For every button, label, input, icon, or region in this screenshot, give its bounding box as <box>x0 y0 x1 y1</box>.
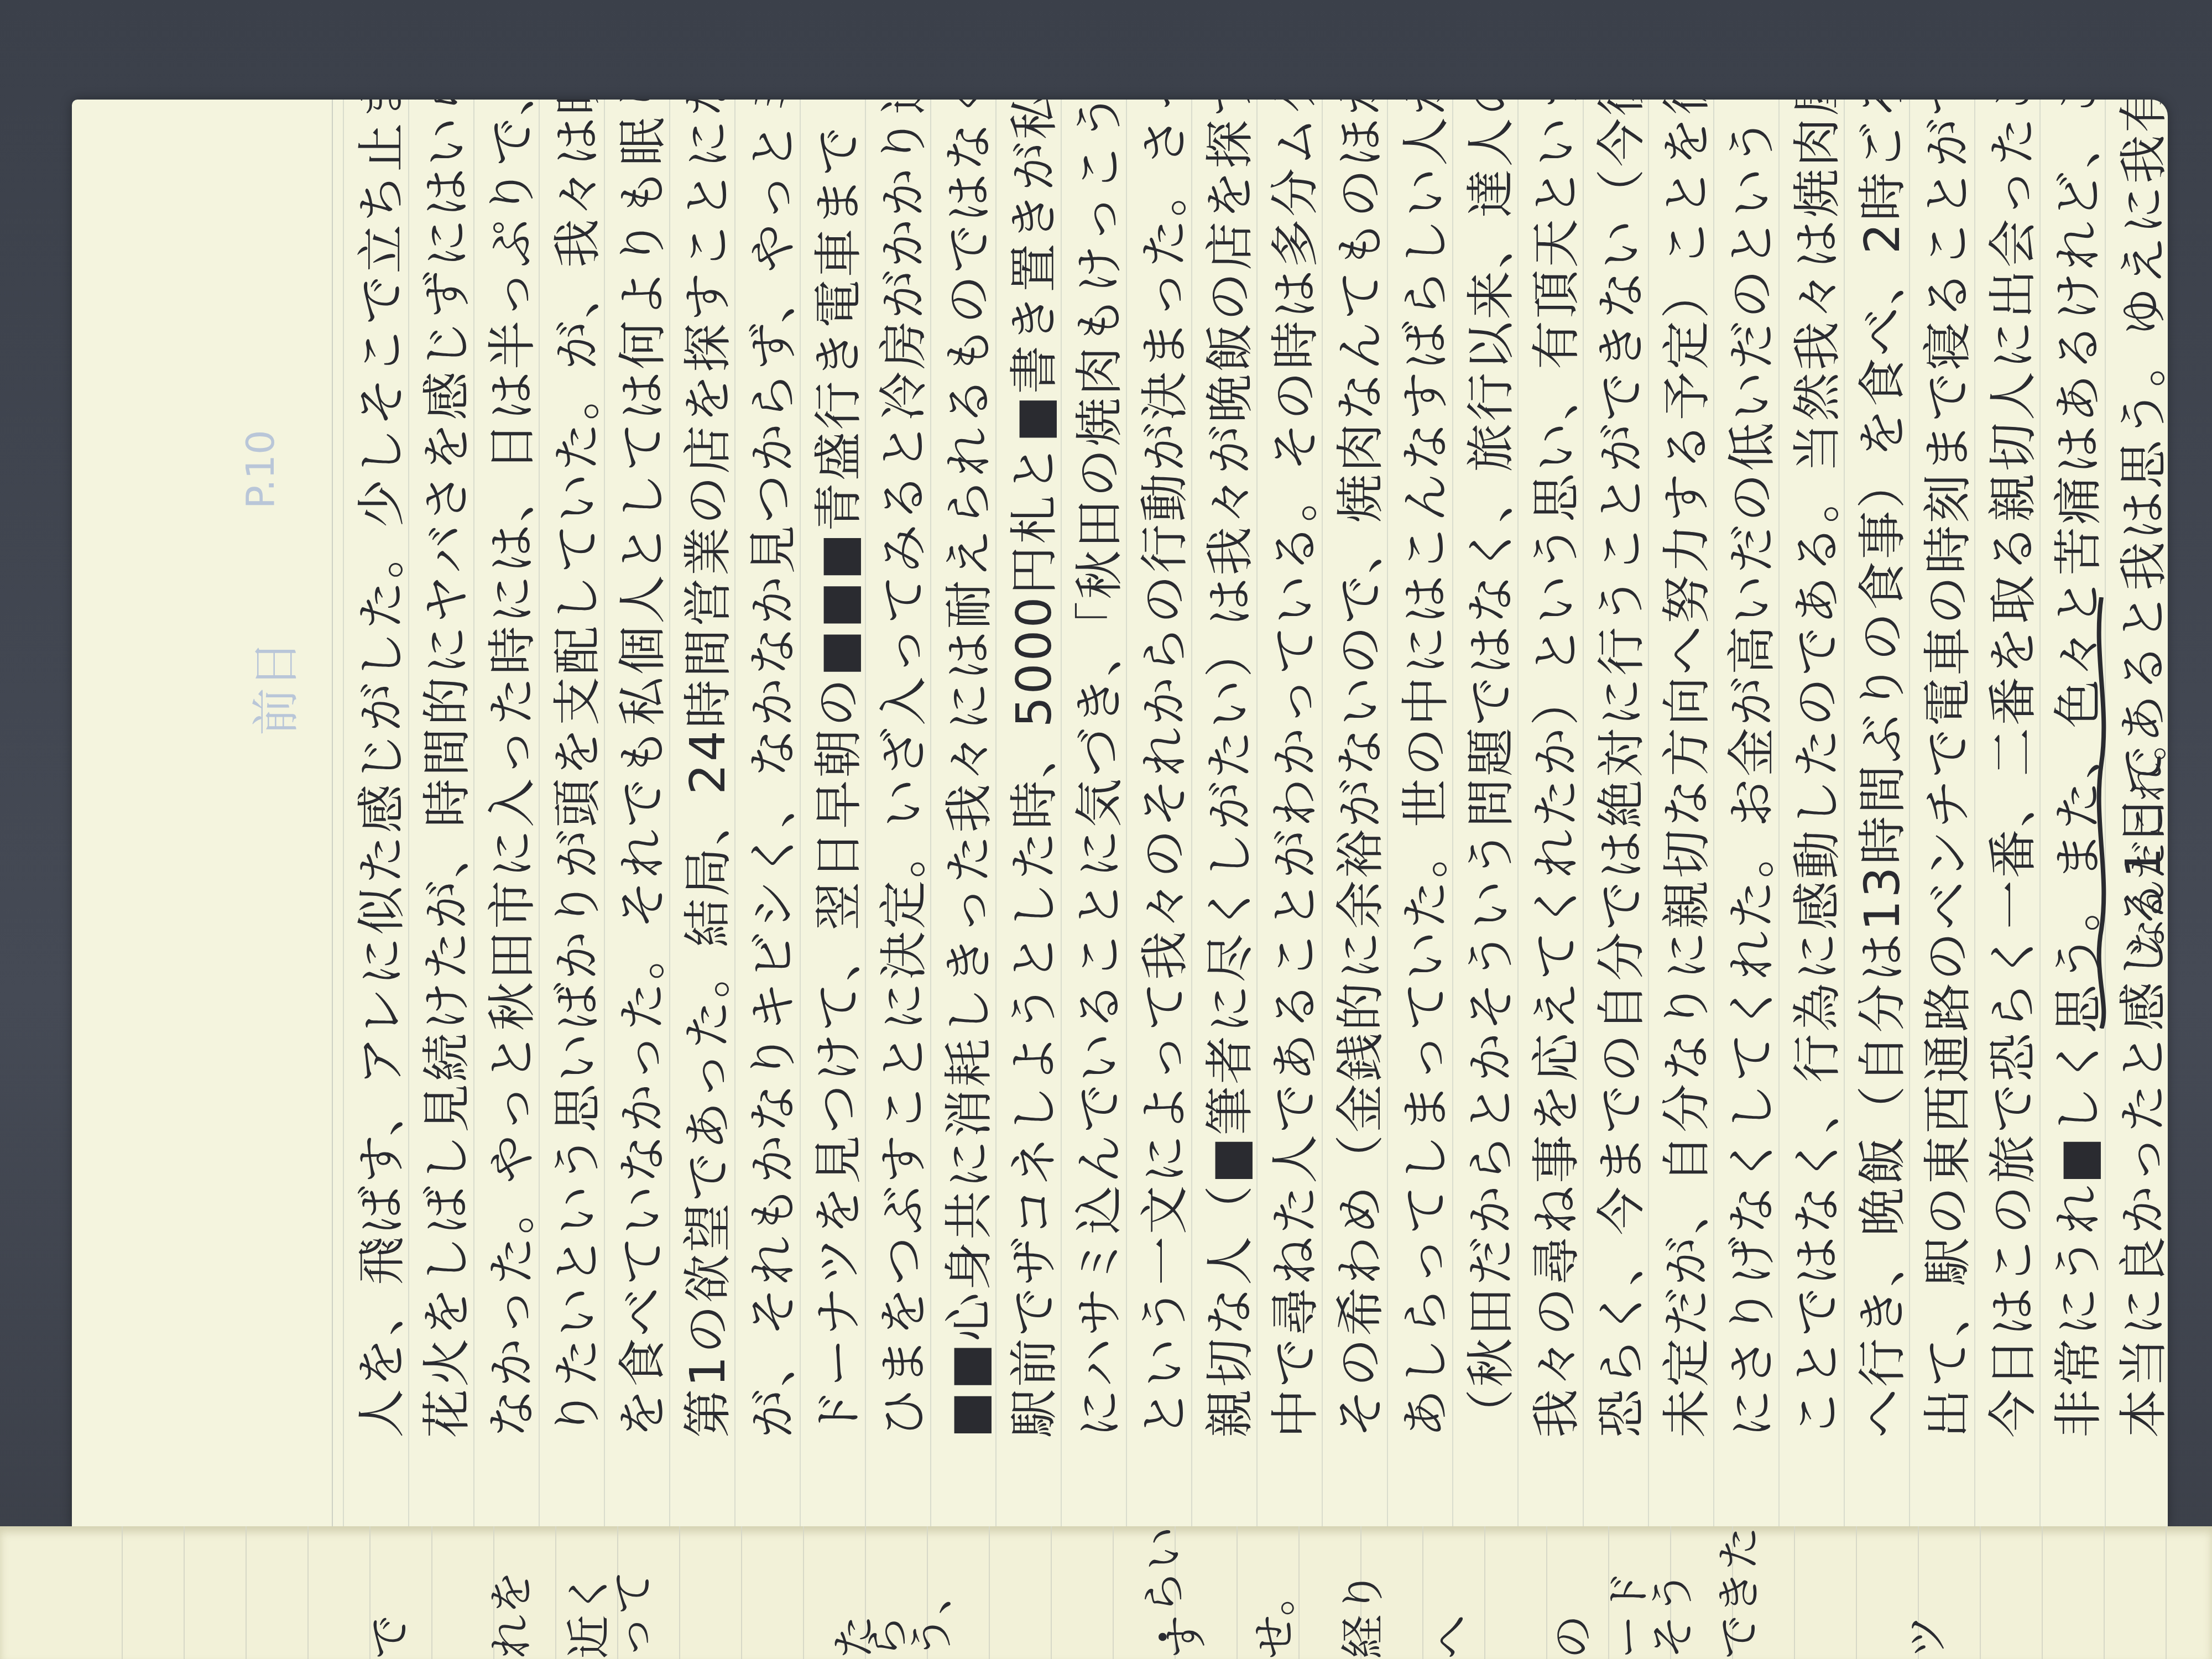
ruling-line <box>989 1526 990 1659</box>
facing-page-fragment: できた <box>1703 1526 1767 1659</box>
wavy-underline-mark <box>2090 597 2112 1029</box>
bleed-through-header: 前日 <box>238 640 306 735</box>
text-line: 今日はこの旅で恐らく一番、二番を取る親切人に出会ったことが <box>1985 100 2041 1438</box>
text-line: にさりげなくしてくれた。お金が高いだの低いだのという <box>1724 115 1780 1438</box>
text-line: 中で尋ねた人であることがわかっている。その時は多分ムゲに <box>1267 100 1323 1438</box>
text-line: ことではなく、行為に感動したのである。当然我々は焼肉屋 <box>1790 100 1845 1438</box>
text-line: へ行き、晩飯（自分は13時間ぶりの食事）を食べ、2時ごろに店を <box>1855 100 1910 1438</box>
text-line: あしらってしまっていた。世の中にはこんなすばらしい人がいる、 <box>1398 100 1453 1438</box>
text-line: にハサミ込んでいることに気づき、「秋田の焼肉もけっこううまいぜ」 <box>1072 100 1127 1438</box>
ruling-line <box>184 1526 185 1659</box>
facing-page-fragment: へ <box>1416 1615 1479 1659</box>
margin-rule <box>332 100 333 1526</box>
margin-note: これはごろだから <box>2157 824 2168 1134</box>
ruling-line <box>1237 1526 1238 1659</box>
text-line: 第1の欲望であった。結局、24時間営業の店を探すことになった <box>680 100 735 1438</box>
facing-page-fragment: って <box>597 1571 661 1659</box>
ruling-line <box>1980 1526 1981 1659</box>
ruling-line <box>2104 1526 2105 1659</box>
bleed-through-page-number: P.10 <box>238 430 283 509</box>
text-line: が、それもかなりキビシく、なかなか見つからず、やっとミスター <box>745 100 801 1438</box>
facing-page-fragment: す <box>1150 1615 1214 1659</box>
text-line: その希わめ（金銭的に余裕がないので、焼肉なんてものほか）を <box>1333 100 1388 1438</box>
ruling-line <box>307 1526 309 1659</box>
text-line: 駅前でザコネしようとした時、5000円札と■書き置きが私の自転車 <box>1006 100 1062 1438</box>
ruling-line <box>803 1526 804 1659</box>
text-line: 花火をしばし見続けたが、時間的にヤバさを感じずにはいられ <box>419 100 474 1438</box>
facing-page-strip: でれを近くってたらう、・らいすせ。経りへのードそうできたツ <box>0 1526 2212 1659</box>
facing-page-fragment: ツ <box>1891 1615 1955 1659</box>
text-line: （秋田だからとかそういう問題ではなく、旅行以来、達人の親切に <box>1463 100 1519 1438</box>
ruling-line <box>679 1526 680 1659</box>
notebook-page: 前日 P.10 人を、飛ばす、アレに似た感じがした。少しそこで立ち止まり 花火を… <box>72 100 2168 1526</box>
text-line: ひまをつぶすことに決定。いざ入ってみると冷房がかかり過ぎ <box>876 100 931 1438</box>
text-line: 我々の尋ね事を応えてくれたか）という思い、有頂天というか <box>1528 100 1584 1438</box>
text-line: 出て、駅の東西通路のベンチで電車の時刻まで寝ることができた。 <box>1920 100 1975 1438</box>
ruling-line <box>431 1526 432 1659</box>
ruling-line <box>122 1526 123 1659</box>
text-line: りたいという思いばかりが頭を支配していた。が、我々は晩飯 <box>550 100 605 1438</box>
text-line: ■■心身共に消耗しきった我々には耐えられるものではなく退却。 <box>941 100 997 1438</box>
text-line: という一文によって我々のそれからの行動が決まった。さっそくこの <box>1137 100 1192 1438</box>
text-line: ドーナツを見つけて、翌日早朝の■■■青盛行き電車まで <box>811 124 866 1438</box>
ruling-line <box>1794 1526 1795 1659</box>
facing-page-fragment: の <box>1537 1615 1601 1659</box>
ruling-line <box>1484 1526 1485 1659</box>
ruling-line <box>2042 1526 2043 1659</box>
text-line: 恐らく、今までの自分では絶対に行うことができない（今後は <box>1594 100 1649 1438</box>
text-line: を食べていなかった。それでも私個人としては何よりも眠りが <box>615 100 670 1438</box>
ruling-line <box>741 1526 742 1659</box>
text-line: 親切な人（■筆者に尽くしがたい）は我々が晩飯の店を探す <box>1202 100 1258 1438</box>
ruling-line <box>343 100 344 1526</box>
facing-page-fragment: れを <box>476 1571 539 1659</box>
facing-page-fragment: で <box>354 1615 418 1659</box>
ruling-line <box>2166 1526 2167 1659</box>
facing-page-fragment: う、 <box>896 1571 959 1659</box>
ruling-line <box>246 1526 247 1659</box>
facing-page-fragment: 経り <box>1327 1571 1391 1659</box>
facing-page-fragment: せ。 <box>1239 1572 1302 1659</box>
ruling-line <box>1113 1526 1114 1659</box>
ruling-line <box>1051 1526 1052 1659</box>
text-line: なかった。やっと秋田市に入った時には、日は半っぷりで、早くねむ <box>484 100 540 1438</box>
ruling-line <box>1856 1526 1857 1659</box>
text-line: 未定だが、自分なりに親切な方向へ努力する予定）ことを彼は我々 <box>1659 100 1714 1438</box>
facing-page-fragment: そう <box>1637 1571 1700 1659</box>
text-line: 人を、飛ばす、アレに似た感じがした。少しそこで立ち止まり <box>354 100 409 1438</box>
